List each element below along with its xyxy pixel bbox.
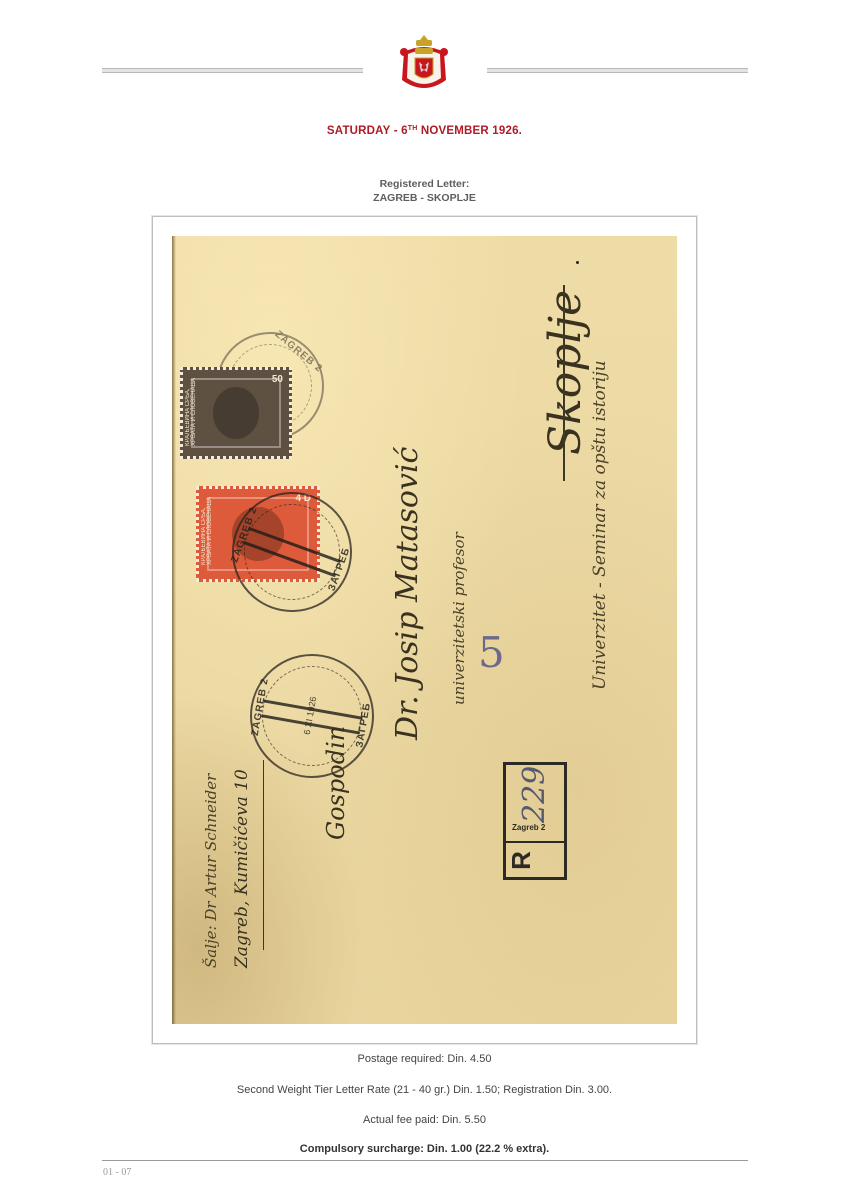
page-number: 01 - 07 <box>103 1167 131 1178</box>
destination-underline <box>563 285 565 481</box>
registration-label: 229 Zagreb 2 R <box>503 762 567 880</box>
handwritten-destination: Skoplje <box>540 290 591 455</box>
caption-actual-fee: Actual fee paid: Din. 5.50 <box>0 1114 849 1126</box>
handwritten-recipient: Dr. Josip Matasović <box>390 447 425 740</box>
ink-dot <box>576 261 579 264</box>
subtitle-route: ZAGREB - SKOPLJE <box>0 191 849 205</box>
handwritten-sender: Šalje: Dr Artur Schneider <box>202 774 220 968</box>
cover-subtitle: Registered Letter: ZAGREB - SKOPLJE <box>0 177 849 205</box>
date-prefix: SATURDAY - 6 <box>327 125 408 137</box>
caption-surcharge: Compulsory surcharge: Din. 1.00 (22.2 % … <box>0 1143 849 1155</box>
stamp-value: 50 <box>272 374 283 385</box>
registration-office: Zagreb 2 <box>512 823 545 832</box>
registration-divider <box>506 841 564 843</box>
subtitle-type: Registered Letter: <box>0 177 849 191</box>
registration-letter: R <box>506 851 537 870</box>
handwritten-recipient-title: univerzitetski profesor <box>450 532 468 705</box>
header-rule-left <box>102 68 363 73</box>
date-ordinal: TH <box>408 125 418 132</box>
royal-coat-of-arms-icon <box>398 34 450 98</box>
blue-crayon-mark: 5 <box>478 628 505 677</box>
date-suffix: NOVEMBER 1926. <box>417 125 522 137</box>
caption-postage-required: Postage required: Din. 4.50 <box>0 1053 849 1065</box>
stamp-portrait <box>213 387 260 439</box>
handwritten-salutation: Gospodin <box>322 726 350 840</box>
handwritten-sender-address: Zagreb, Kumičićeva 10 <box>232 769 252 968</box>
footer-rule <box>102 1160 748 1161</box>
stamp-inscription: КРАЉЕВИНА СРБА, ХРВАТА И СЛОВЕНАЦА <box>185 374 195 446</box>
stamp-inscription: КРАЉЕВИНА СРБА, ХРВАТА И СЛОВЕНАЦА <box>201 493 211 565</box>
caption-rate-detail: Second Weight Tier Letter Rate (21 - 40 … <box>0 1084 849 1096</box>
handwritten-address: Univerzitet - Seminar za opštu istoriju <box>590 360 610 690</box>
registration-number: 229 <box>510 769 560 823</box>
cover-date-title: SATURDAY - 6TH NOVEMBER 1926. <box>0 125 849 137</box>
header-rule-right <box>487 68 748 73</box>
stamp-brown: 50 КРАЉЕВИНА СРБА, ХРВАТА И СЛОВЕНАЦА <box>180 367 292 459</box>
sender-underline <box>263 760 264 950</box>
